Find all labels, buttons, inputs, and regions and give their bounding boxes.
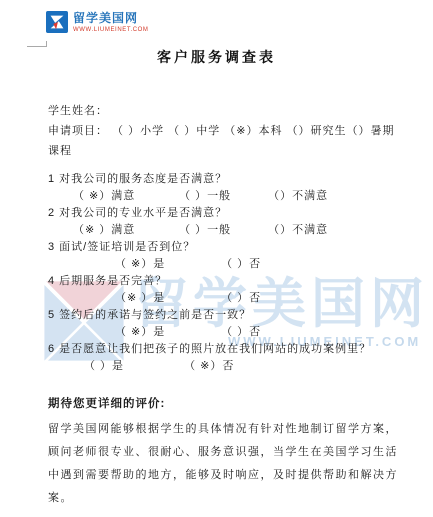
- option: （ ）一般: [179, 222, 264, 239]
- question-options: （※ ）满意 （ ）一般 （）不满意: [48, 222, 398, 239]
- option: （ ）一般: [179, 188, 264, 205]
- question-text: 3 面试/签证培训是否到位？: [48, 239, 398, 256]
- option: （ ※）否: [184, 358, 234, 375]
- option: （※ ）满意: [73, 222, 175, 239]
- option: （）不满意: [268, 222, 328, 239]
- evaluation-paragraph: 留学美国网能够根据学生的具体情况有针对性地制订留学方案，顾问老师很专业、很耐心、…: [48, 418, 398, 510]
- question-options: （ ）是 （ ※）否: [48, 358, 398, 375]
- page-title: 客户服务调查表: [0, 47, 433, 67]
- option: （ ）否: [221, 256, 261, 273]
- option: （ ）是: [84, 358, 180, 375]
- form-content: 学生姓名： 申请项目： （ ）小学 （ ）中学 （※）本科 （）研究生（）暑期 …: [48, 101, 398, 510]
- site-logo: 留学美国网 WWW.LIUMEINET.COM: [46, 11, 149, 33]
- question-4: 4 后期服务是否完善？ （※ ）是 （ ）否: [48, 273, 398, 307]
- question-options: （ ※）是 （ ）否: [48, 324, 398, 341]
- option: （ ※）是: [115, 324, 217, 341]
- question-options: （※ ）是 （ ）否: [48, 290, 398, 307]
- question-text: 5 签约后的承诺与签约之前是否一致？: [48, 307, 398, 324]
- apply-project-line: 申请项目： （ ）小学 （ ）中学 （※）本科 （）研究生（）暑期: [48, 121, 398, 141]
- logo-name: 留学美国网: [73, 11, 149, 25]
- logo-url: WWW.LIUMEINET.COM: [73, 27, 149, 33]
- document-page: 留学美国网 WWW.LIUMEINET.COM 留学美国网 WWW.LIUMEI…: [0, 0, 433, 517]
- question-list: 1 对我公司的服务态度是否满意？ （ ※）满意 （ ）一般 （）不满意 2 对我…: [48, 171, 398, 375]
- question-text: 1 对我公司的服务态度是否满意？: [48, 171, 398, 188]
- option: （）不满意: [268, 188, 328, 205]
- question-6: 6 是否愿意让我们把孩子的照片放在我们网站的成功案例里？ （ ）是 （ ※）否: [48, 341, 398, 375]
- option: （※ ）是: [115, 290, 217, 307]
- option: （ ）否: [221, 324, 261, 341]
- question-options: （ ※）满意 （ ）一般 （）不满意: [48, 188, 398, 205]
- evaluation-header: 期待您更详细的评价:: [48, 395, 398, 411]
- student-name-label: 学生姓名：: [48, 101, 398, 121]
- apply-project-line-wrap: 课程: [48, 141, 398, 161]
- logo-text: 留学美国网 WWW.LIUMEINET.COM: [73, 11, 149, 33]
- question-3: 3 面试/签证培训是否到位？ （ ※）是 （ ）否: [48, 239, 398, 273]
- question-5: 5 签约后的承诺与签约之前是否一致？ （ ※）是 （ ）否: [48, 307, 398, 341]
- option: （ ）否: [221, 290, 261, 307]
- question-options: （ ※）是 （ ）否: [48, 256, 398, 273]
- logo-icon: [46, 11, 68, 33]
- question-1: 1 对我公司的服务态度是否满意？ （ ※）满意 （ ）一般 （）不满意: [48, 171, 398, 205]
- option: （ ※）是: [115, 256, 217, 273]
- question-text: 4 后期服务是否完善？: [48, 273, 398, 290]
- question-text: 2 对我公司的专业水平是否满意？: [48, 205, 398, 222]
- question-text: 6 是否愿意让我们把孩子的照片放在我们网站的成功案例里？: [48, 341, 398, 358]
- question-2: 2 对我公司的专业水平是否满意？ （※ ）满意 （ ）一般 （）不满意: [48, 205, 398, 239]
- option: （ ※）满意: [73, 188, 175, 205]
